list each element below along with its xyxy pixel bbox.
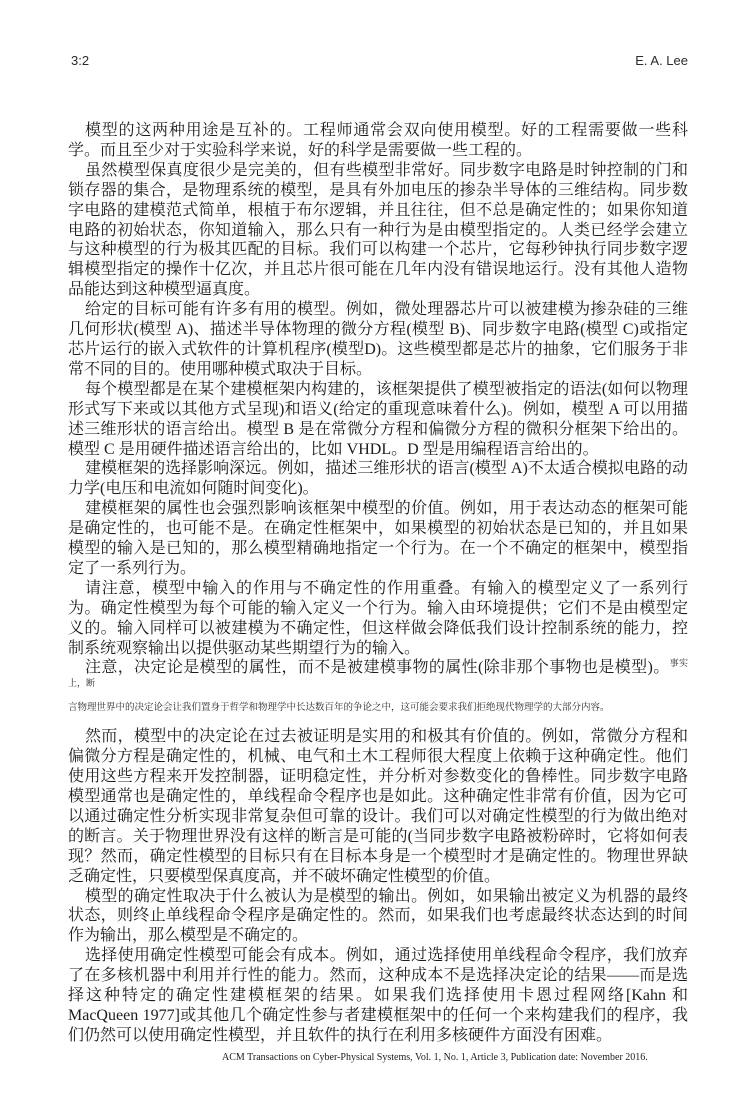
paragraph-8: 注意，决定论是模型的属性，而不是被建模事物的属性(除非那个事物也是模型)。事实上… <box>68 658 688 698</box>
paragraph-8-text: 注意，决定论是模型的属性，而不是被建模事物的属性(除非那个事物也是模型)。 <box>85 659 670 676</box>
paragraph-9: 然而，模型中的决定论在过去被证明是实用的和极其有价值的。例如，常微分方程和偏微分… <box>68 727 688 886</box>
paper-page: 3:2 E. A. Lee 模型的这两种用途是互补的。工程师通常会双向使用模型。… <box>0 0 756 1120</box>
paragraph-4: 每个模型都是在某个建模框架内构建的，该框架提供了模型被指定的语法(如何以物理形式… <box>68 380 688 460</box>
footnote-text: 言物理世界中的决定论会让我们置身于哲学和物理学中长达数百年的争论之中，这可能会要… <box>68 702 688 715</box>
footer-citation: ACM Transactions on Cyber-Physical Syste… <box>222 1052 648 1063</box>
paragraph-7: 请注意，模型中输入的作用与不确定性的作用重叠。有输入的模型定义了一系列行为。确定… <box>68 579 688 659</box>
paragraph-10: 模型的确定性取决于什么被认为是模型的输出。例如，如果输出被定义为机器的最终状态，… <box>68 887 688 947</box>
paragraph-5: 建模框架的选择影响深远。例如，描述三维形状的语言(模型 A)不太适合模拟电路的动… <box>68 459 688 499</box>
body-text: 模型的这两种用途是互补的。工程师通常会双向使用模型。好的工程需要做一些科学。而且… <box>68 121 688 1046</box>
running-header: 3:2 E. A. Lee <box>71 53 688 68</box>
paragraph-3: 给定的目标可能有许多有用的模型。例如，微处理器芯片可以被建模为掺杂硅的三维几何形… <box>68 300 688 380</box>
paragraph-6: 建模框架的属性也会强烈影响该框架中模型的价值。例如，用于表达动态的框架可能是确定… <box>68 499 688 579</box>
author-name: E. A. Lee <box>635 53 688 68</box>
paragraph-11: 选择使用确定性模型可能会有成本。例如，通过选择使用单线程命令程序，我们放弃了在多… <box>68 946 688 1046</box>
page-number: 3:2 <box>71 53 89 68</box>
paragraph-2: 虽然模型保真度很少是完美的，但有些模型非常好。同步数字电路是时钟控制的门和锁存器… <box>68 161 688 300</box>
paragraph-1: 模型的这两种用途是互补的。工程师通常会双向使用模型。好的工程需要做一些科学。而且… <box>68 121 688 161</box>
